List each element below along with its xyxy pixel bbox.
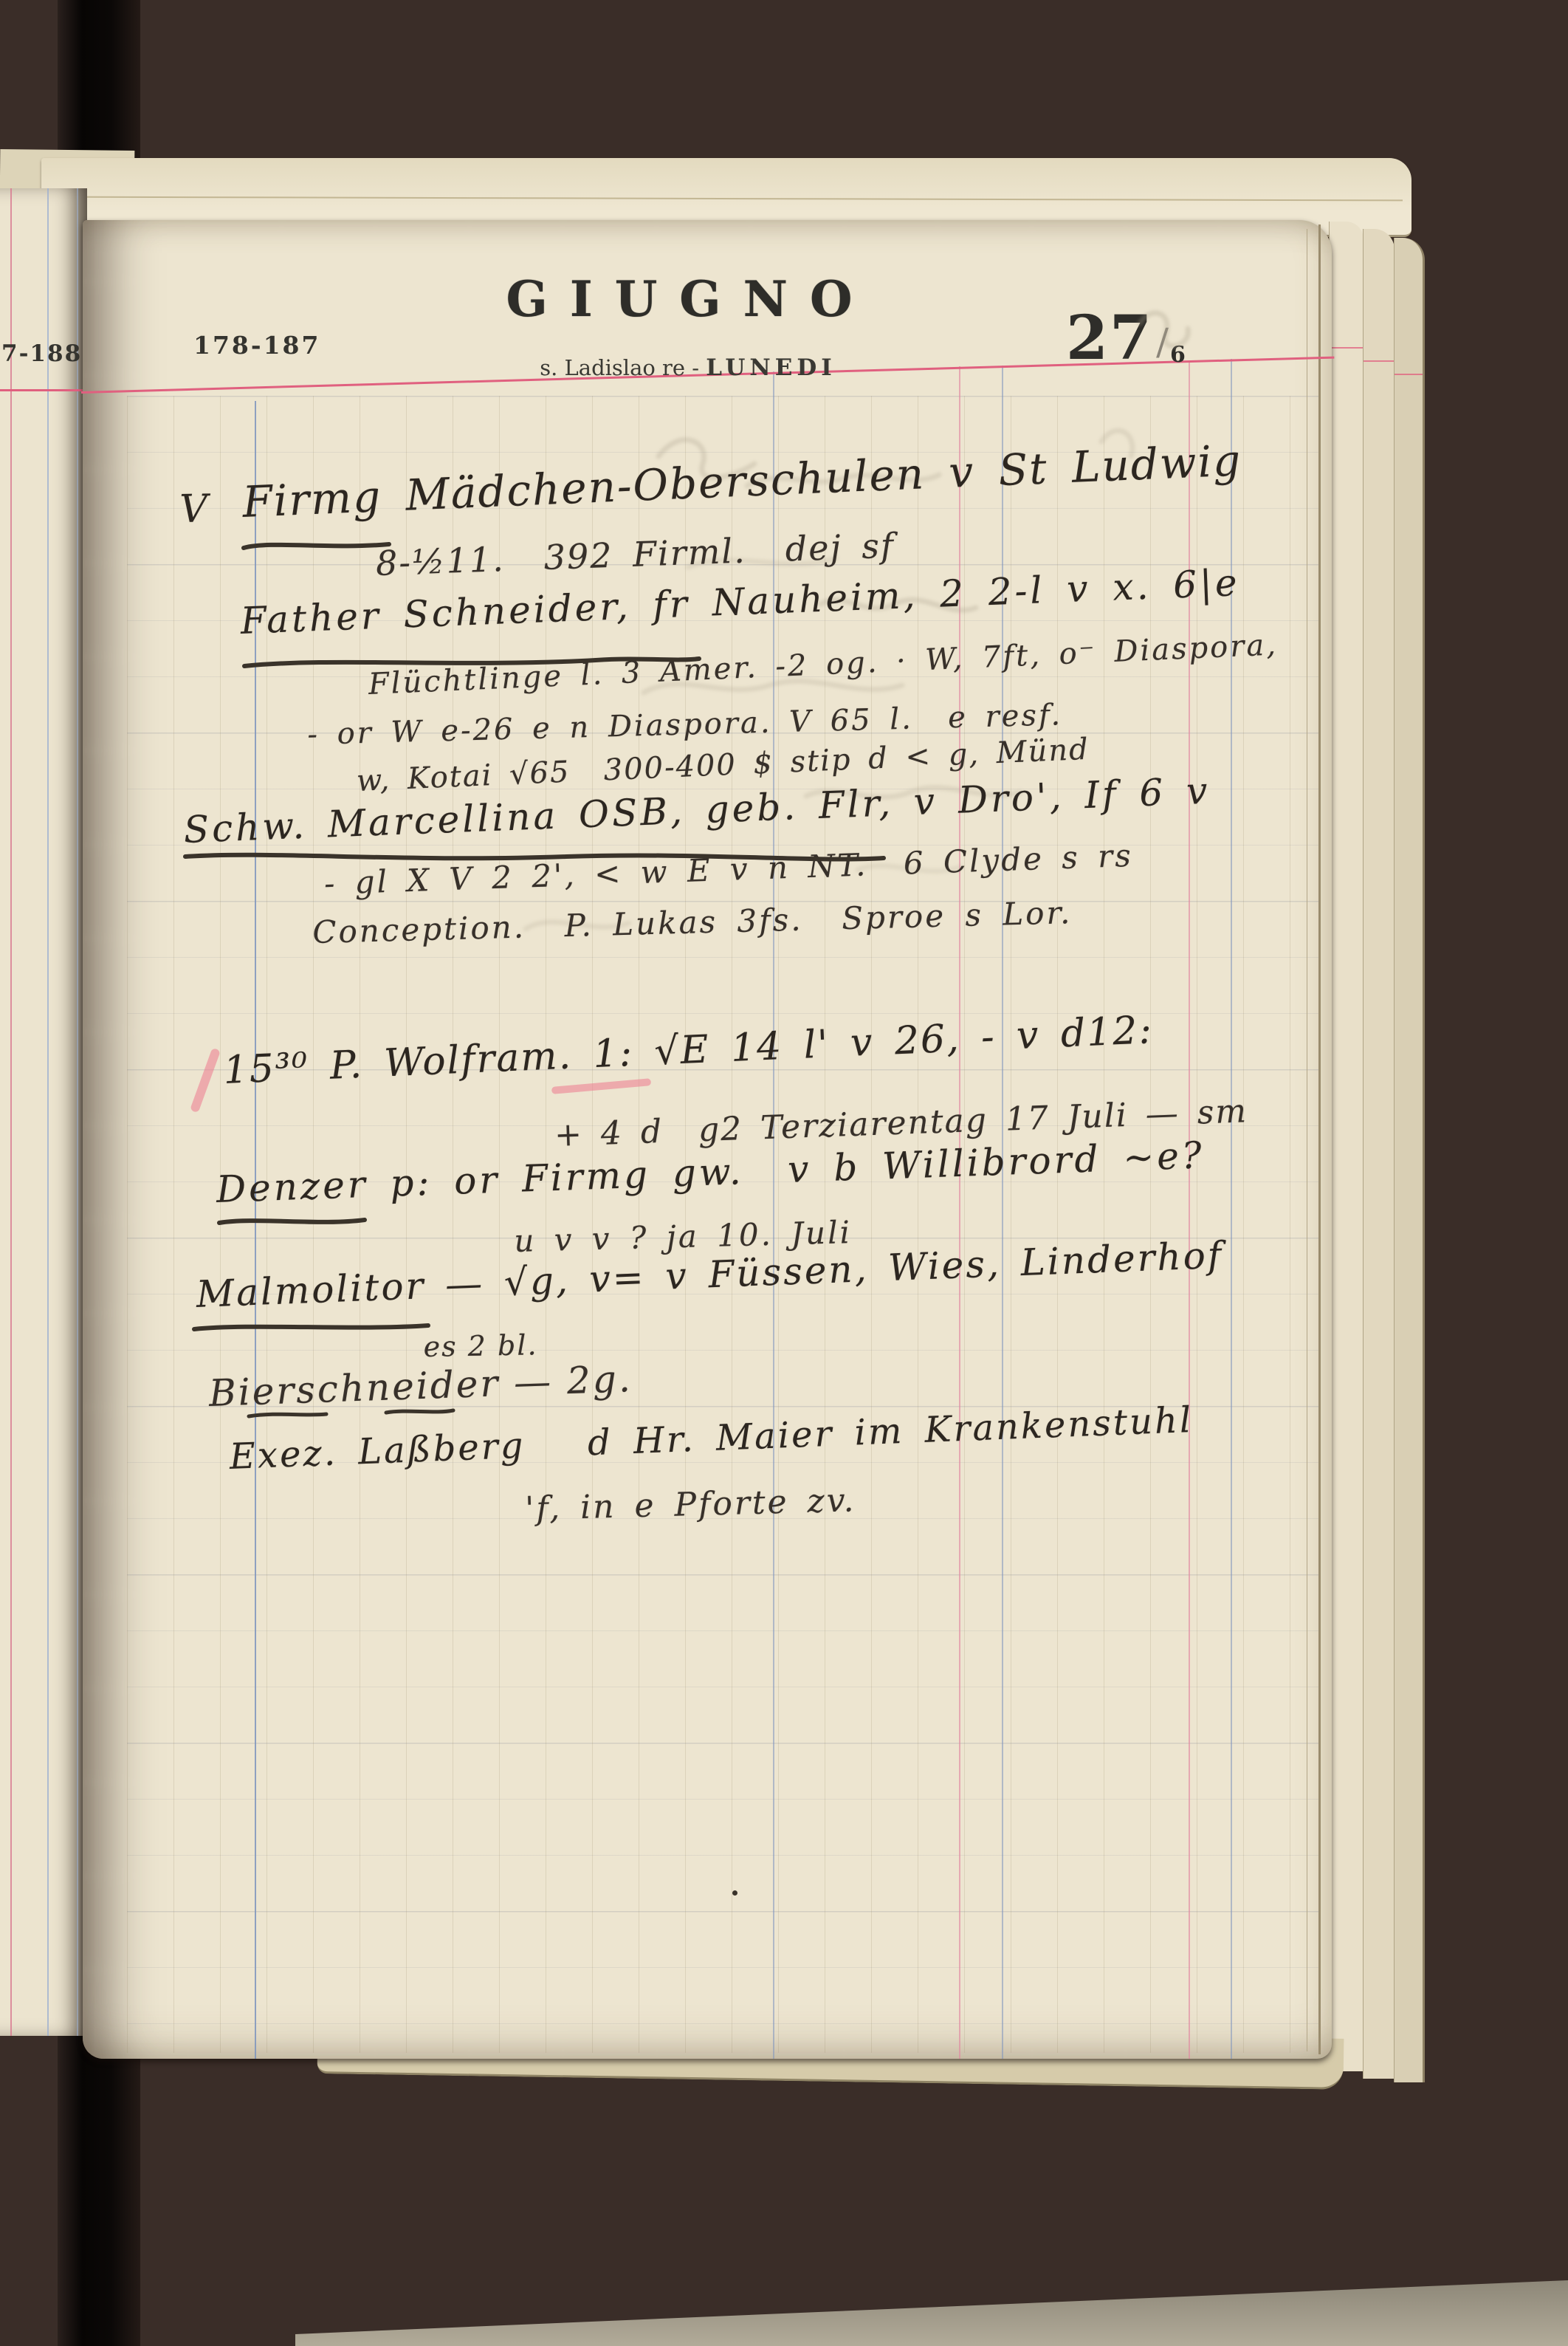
right-page-edge-2 <box>1363 229 1395 2079</box>
ink-underline <box>192 1320 432 1334</box>
ink-underline <box>182 849 887 867</box>
ink-underline <box>247 1410 329 1419</box>
scanned-diary-page: 7-188 GIUGNO 178-187 s. Ladislao re - LU… <box>0 0 1568 2346</box>
pink-rule-segment <box>1364 360 1395 362</box>
diary-page: GIUGNO 178-187 s. Ladislao re - LUNEDI 2… <box>83 220 1332 2059</box>
ink-underline <box>217 1215 368 1227</box>
handwritten-line: es 2 bl. <box>423 1328 538 1363</box>
pink-rule-segment <box>1330 347 1364 349</box>
ink-dot <box>732 1890 737 1896</box>
ink-underline <box>241 539 393 552</box>
blue-rule <box>47 188 49 2036</box>
blue-rule <box>77 188 78 2036</box>
right-page-edge-3 <box>1394 238 1425 2082</box>
adjacent-page-numbers: 7-188 <box>1 340 82 367</box>
pink-header-rule-fragment <box>0 389 87 391</box>
facing-page-sliver: 7-188 <box>0 188 87 2036</box>
red-rule <box>10 188 12 2036</box>
ink-underline <box>384 1407 456 1416</box>
pink-rule-segment <box>1395 374 1423 375</box>
ink-underline <box>241 654 703 670</box>
margin-check-mark: V <box>179 487 208 532</box>
right-page-edge-1 <box>1329 222 1364 2071</box>
scan-surface-wedge <box>295 2280 1568 2346</box>
